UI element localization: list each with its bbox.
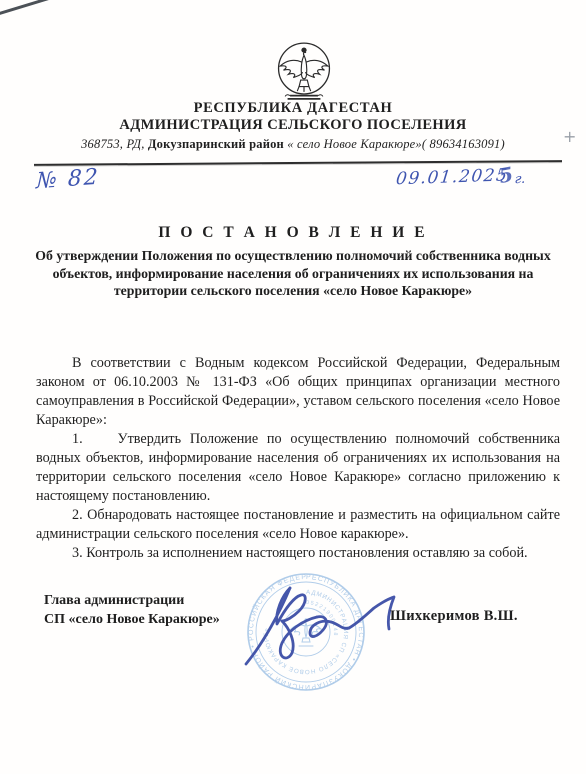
- signer-position-line2: СП «село Новое Каракюре»: [44, 611, 220, 630]
- body-paragraph-item3: 3. Контроль за исполнением настоящего по…: [36, 544, 560, 563]
- date-value: 09.01.2025: [395, 165, 509, 189]
- document-number-handwritten: № 82: [36, 165, 101, 195]
- document-title: П О С Т А Н О В Л Е Н И Е: [0, 224, 586, 242]
- signer-position-line1: Глава администрации: [44, 592, 220, 611]
- dagestan-eagle-emblem-icon: [262, 39, 346, 103]
- scan-corner-mark: [0, 0, 63, 16]
- republic-name: РЕСПУБЛИКА ДАГЕСТАН: [0, 100, 586, 117]
- signer-position: Глава администрации СП «село Новое Карак…: [44, 592, 220, 629]
- address-line: 368753, РД, Докузпаринский район « село …: [0, 137, 586, 152]
- body-paragraph-intro: В соответствии с Водным кодексом Российс…: [36, 354, 560, 430]
- address-prefix: 368753, РД,: [81, 137, 148, 151]
- document-page: + РЕСПУБЛИКА ДАГЕСТАН АДМИНИСТРАЦИЯ СЕЛЬ…: [0, 0, 586, 774]
- body-paragraph-item2: 2. Обнародовать настоящее постановление …: [36, 506, 560, 544]
- address-suffix: « село Новое Каракюре»( 89634163091): [284, 137, 505, 151]
- header-divider: [34, 160, 562, 166]
- administration-name: АДМИНИСТРАЦИЯ СЕЛЬСКОГО ПОСЕЛЕНИЯ: [0, 117, 586, 134]
- signer-name: Шихкеримов В.Ш.: [390, 608, 518, 625]
- handwritten-signature: [236, 564, 412, 676]
- document-subject: Об утверждении Положения по осуществлени…: [33, 247, 553, 300]
- address-district: Докузпаринский район: [148, 137, 284, 151]
- document-body: В соответствии с Водным кодексом Российс…: [36, 354, 560, 563]
- date-suffix: г.: [514, 172, 526, 187]
- body-paragraph-item1: 1. Утвердить Положение по осуществлению …: [36, 430, 560, 506]
